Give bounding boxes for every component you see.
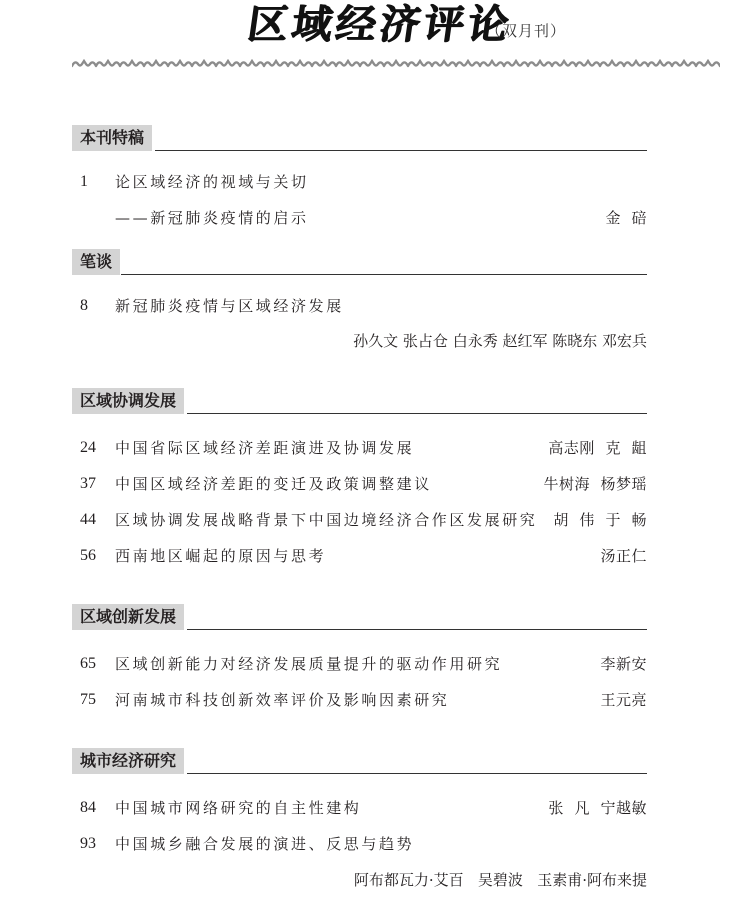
entry-author: 王元亮 [600, 688, 647, 712]
entry-author: 金 碚 [605, 206, 647, 230]
section-header-written-discussion: 笔谈 [72, 249, 647, 275]
entry-author: 汤正仁 [600, 544, 647, 568]
entry-page-number: 8 [80, 294, 88, 318]
entry-title[interactable]: 中国省际区域经济差距演进及协调发展 [115, 436, 414, 460]
toc-entry[interactable]: 75 河南城市科技创新效率评价及影响因素研究 王元亮 [72, 688, 647, 712]
entry-page-number: 37 [80, 472, 96, 496]
toc-entry[interactable]: 8 新冠肺炎疫情与区域经济发展 [72, 294, 647, 318]
entry-title[interactable]: 论区域经济的视域与关切 [115, 170, 309, 194]
toc-entry-authors-line: 阿布都瓦力·艾百 吴碧波 玉素甫·阿布来提 [72, 868, 647, 892]
entry-author: 牛树海 杨梦瑶 [543, 472, 647, 496]
toc-entry-subtitle-line: ——新冠肺炎疫情的启示 金 碚 [72, 206, 647, 230]
journal-title: 区域经济评论 [245, 2, 515, 48]
entry-page-number: 84 [80, 796, 96, 820]
section-label: 笔谈 [72, 249, 120, 275]
entry-page-number: 56 [80, 544, 96, 568]
entry-page-number: 93 [80, 832, 96, 856]
toc-entry[interactable]: 65 区域创新能力对经济发展质量提升的驱动作用研究 李新安 [72, 652, 647, 676]
toc-entry[interactable]: 84 中国城市网络研究的自主性建构 张 凡 宁越敏 [72, 796, 647, 820]
section-rule [187, 773, 647, 775]
entry-author: 胡 伟 于 畅 [553, 508, 647, 532]
toc-entry[interactable]: 37 中国区域经济差距的变迁及政策调整建议 牛树海 杨梦瑶 [72, 472, 647, 496]
entry-page-number: 24 [80, 436, 96, 460]
entry-authors: 孙久文 张占仓 白永秀 赵红军 陈晓东 邓宏兵 [353, 329, 647, 353]
toc-entry[interactable]: 1 论区域经济的视域与关切 [72, 170, 647, 194]
section-rule [155, 150, 647, 152]
section-label: 区域创新发展 [72, 604, 184, 630]
entry-page-number: 65 [80, 652, 96, 676]
toc-entry-authors-line: 孙久文 张占仓 白永秀 赵红军 陈晓东 邓宏兵 [72, 329, 647, 353]
section-rule [187, 629, 647, 631]
entry-page-number: 44 [80, 508, 96, 532]
section-header-regional-innovation: 区域创新发展 [72, 604, 647, 630]
toc-entry[interactable]: 24 中国省际区域经济差距演进及协调发展 高志刚 克 龃 [72, 436, 647, 460]
section-rule [187, 413, 647, 415]
entry-title[interactable]: 中国区域经济差距的变迁及政策调整建议 [115, 472, 432, 496]
section-rule [121, 274, 647, 276]
entry-page-number: 75 [80, 688, 96, 712]
entry-title[interactable]: 西南地区崛起的原因与思考 [115, 544, 326, 568]
entry-authors: 阿布都瓦力·艾百 吴碧波 玉素甫·阿布来提 [354, 868, 647, 892]
entry-author: 高志刚 克 龃 [548, 436, 647, 460]
section-label: 本刊特稿 [72, 125, 152, 151]
section-header-regional-coordination: 区域协调发展 [72, 388, 647, 414]
entry-title[interactable]: 中国城乡融合发展的演进、反思与趋势 [115, 832, 414, 856]
section-header-special-feature: 本刊特稿 [72, 125, 647, 151]
entry-title[interactable]: 区域创新能力对经济发展质量提升的驱动作用研究 [115, 652, 502, 676]
entry-author: 张 凡 宁越敏 [548, 796, 647, 820]
toc-entry[interactable]: 93 中国城乡融合发展的演进、反思与趋势 [72, 832, 647, 856]
section-header-urban-economics: 城市经济研究 [72, 748, 647, 774]
journal-frequency: （双月刊） [486, 20, 566, 41]
entry-title[interactable]: 中国城市网络研究的自主性建构 [115, 796, 361, 820]
toc-entry[interactable]: 44 区域协调发展战略背景下中国边境经济合作区发展研究 胡 伟 于 畅 [72, 508, 647, 532]
toc-entry[interactable]: 56 西南地区崛起的原因与思考 汤正仁 [72, 544, 647, 568]
entry-page-number: 1 [80, 170, 88, 194]
journal-masthead: 区域经济评论 （双月刊） [0, 0, 732, 52]
entry-title[interactable]: 新冠肺炎疫情与区域经济发展 [115, 294, 344, 318]
entry-title[interactable]: 区域协调发展战略背景下中国边境经济合作区发展研究 [115, 508, 537, 532]
entry-subtitle: ——新冠肺炎疫情的启示 [115, 206, 309, 230]
ornament-divider [72, 58, 720, 70]
entry-title[interactable]: 河南城市科技创新效率评价及影响因素研究 [115, 688, 449, 712]
section-label: 区域协调发展 [72, 388, 184, 414]
entry-author: 李新安 [600, 652, 647, 676]
section-label: 城市经济研究 [72, 748, 184, 774]
